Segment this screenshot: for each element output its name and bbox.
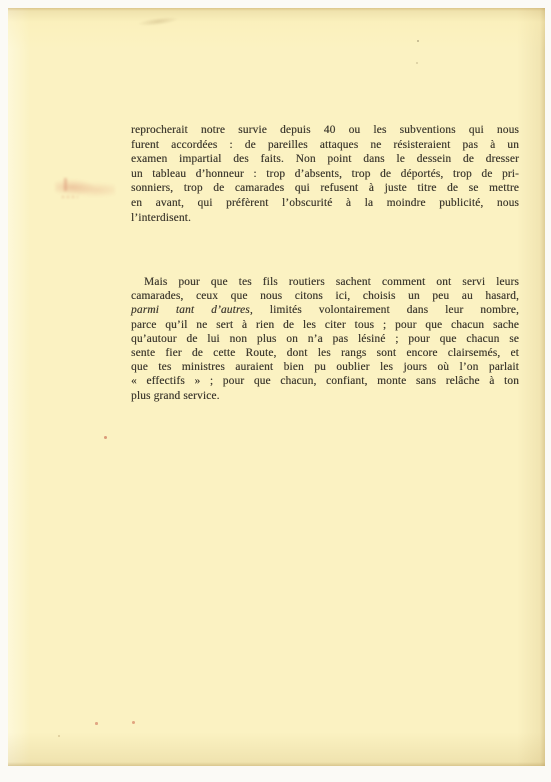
text-segment: l’interdisent. xyxy=(131,212,191,224)
text-line: parmi tant d’autres, limités volontairem… xyxy=(131,303,519,317)
ink-speck xyxy=(95,722,98,725)
text-line: parce qu’il ne sert à rien de les citer … xyxy=(131,318,519,332)
scanned-book-page: reprocherait notre survie depuis 40 ou l… xyxy=(8,8,545,766)
text-segment: reprocherait notre survie depuis 40 ou l… xyxy=(131,124,519,136)
text-line: que tes ministres auraient bien pu oubli… xyxy=(131,360,519,374)
text-line: en avant, qui préfèrent l’obscurité à la… xyxy=(131,196,519,211)
text-segment: Mais pour que tes fils routiers sachent … xyxy=(144,276,519,288)
text-segment: sente fier de cette Route, dont les rang… xyxy=(131,347,519,359)
text-line: l’interdisent. xyxy=(131,211,519,226)
text-line: sonniers, trop de camarades qui refusent… xyxy=(131,181,519,196)
text-segment: un tableau d’honneur : trop d’absents, t… xyxy=(131,168,519,180)
text-segment: plus grand service. xyxy=(131,390,220,402)
text-line: plus grand service. xyxy=(131,389,519,403)
text-segment: que tes ministres auraient bien pu oubli… xyxy=(131,361,519,373)
faded-red-stamp-mark xyxy=(55,175,115,202)
paper-smudge xyxy=(138,16,179,28)
text-segment: examen impartial des faits. Non point da… xyxy=(131,153,519,165)
ink-speck xyxy=(132,721,135,724)
text-line: examen impartial des faits. Non point da… xyxy=(131,152,519,167)
text-segment: limités volontairement dans leur nombre, xyxy=(253,304,519,316)
text-line: sente fier de cette Route, dont les rang… xyxy=(131,346,519,360)
text-segment: camarades, ceux que nous citons ici, cho… xyxy=(131,290,519,302)
ink-speck xyxy=(58,735,60,737)
text-segment: sonniers, trop de camarades qui refusent… xyxy=(131,182,519,194)
italic-text-segment: parmi tant d’autres, xyxy=(131,304,253,316)
text-segment: « effectifs » ; pour que chacun, confian… xyxy=(131,375,519,387)
text-line: camarades, ceux que nous citons ici, cho… xyxy=(131,289,519,303)
text-segment: furent accordées : de pareilles attaques… xyxy=(131,139,519,151)
ink-speck xyxy=(416,62,418,64)
text-segment: qu’autour de lui non plus on n’a pas lés… xyxy=(131,333,519,345)
text-line: un tableau d’honneur : trop d’absents, t… xyxy=(131,167,519,182)
paragraph-continuation: reprocherait notre survie depuis 40 ou l… xyxy=(131,123,519,225)
text-line: qu’autour de lui non plus on n’a pas lés… xyxy=(131,332,519,346)
paragraph-main: Mais pour que tes fils routiers sachent … xyxy=(131,275,519,403)
ink-speck xyxy=(417,40,419,42)
text-line: « effectifs » ; pour que chacun, confian… xyxy=(131,374,519,388)
text-line: reprocherait notre survie depuis 40 ou l… xyxy=(131,123,519,138)
text-line: Mais pour que tes fils routiers sachent … xyxy=(131,275,519,289)
text-segment: en avant, qui préfèrent l’obscurité à la… xyxy=(131,197,519,209)
text-line: furent accordées : de pareilles attaques… xyxy=(131,138,519,153)
text-segment: parce qu’il ne sert à rien de les citer … xyxy=(131,319,519,331)
ink-speck xyxy=(104,436,107,439)
